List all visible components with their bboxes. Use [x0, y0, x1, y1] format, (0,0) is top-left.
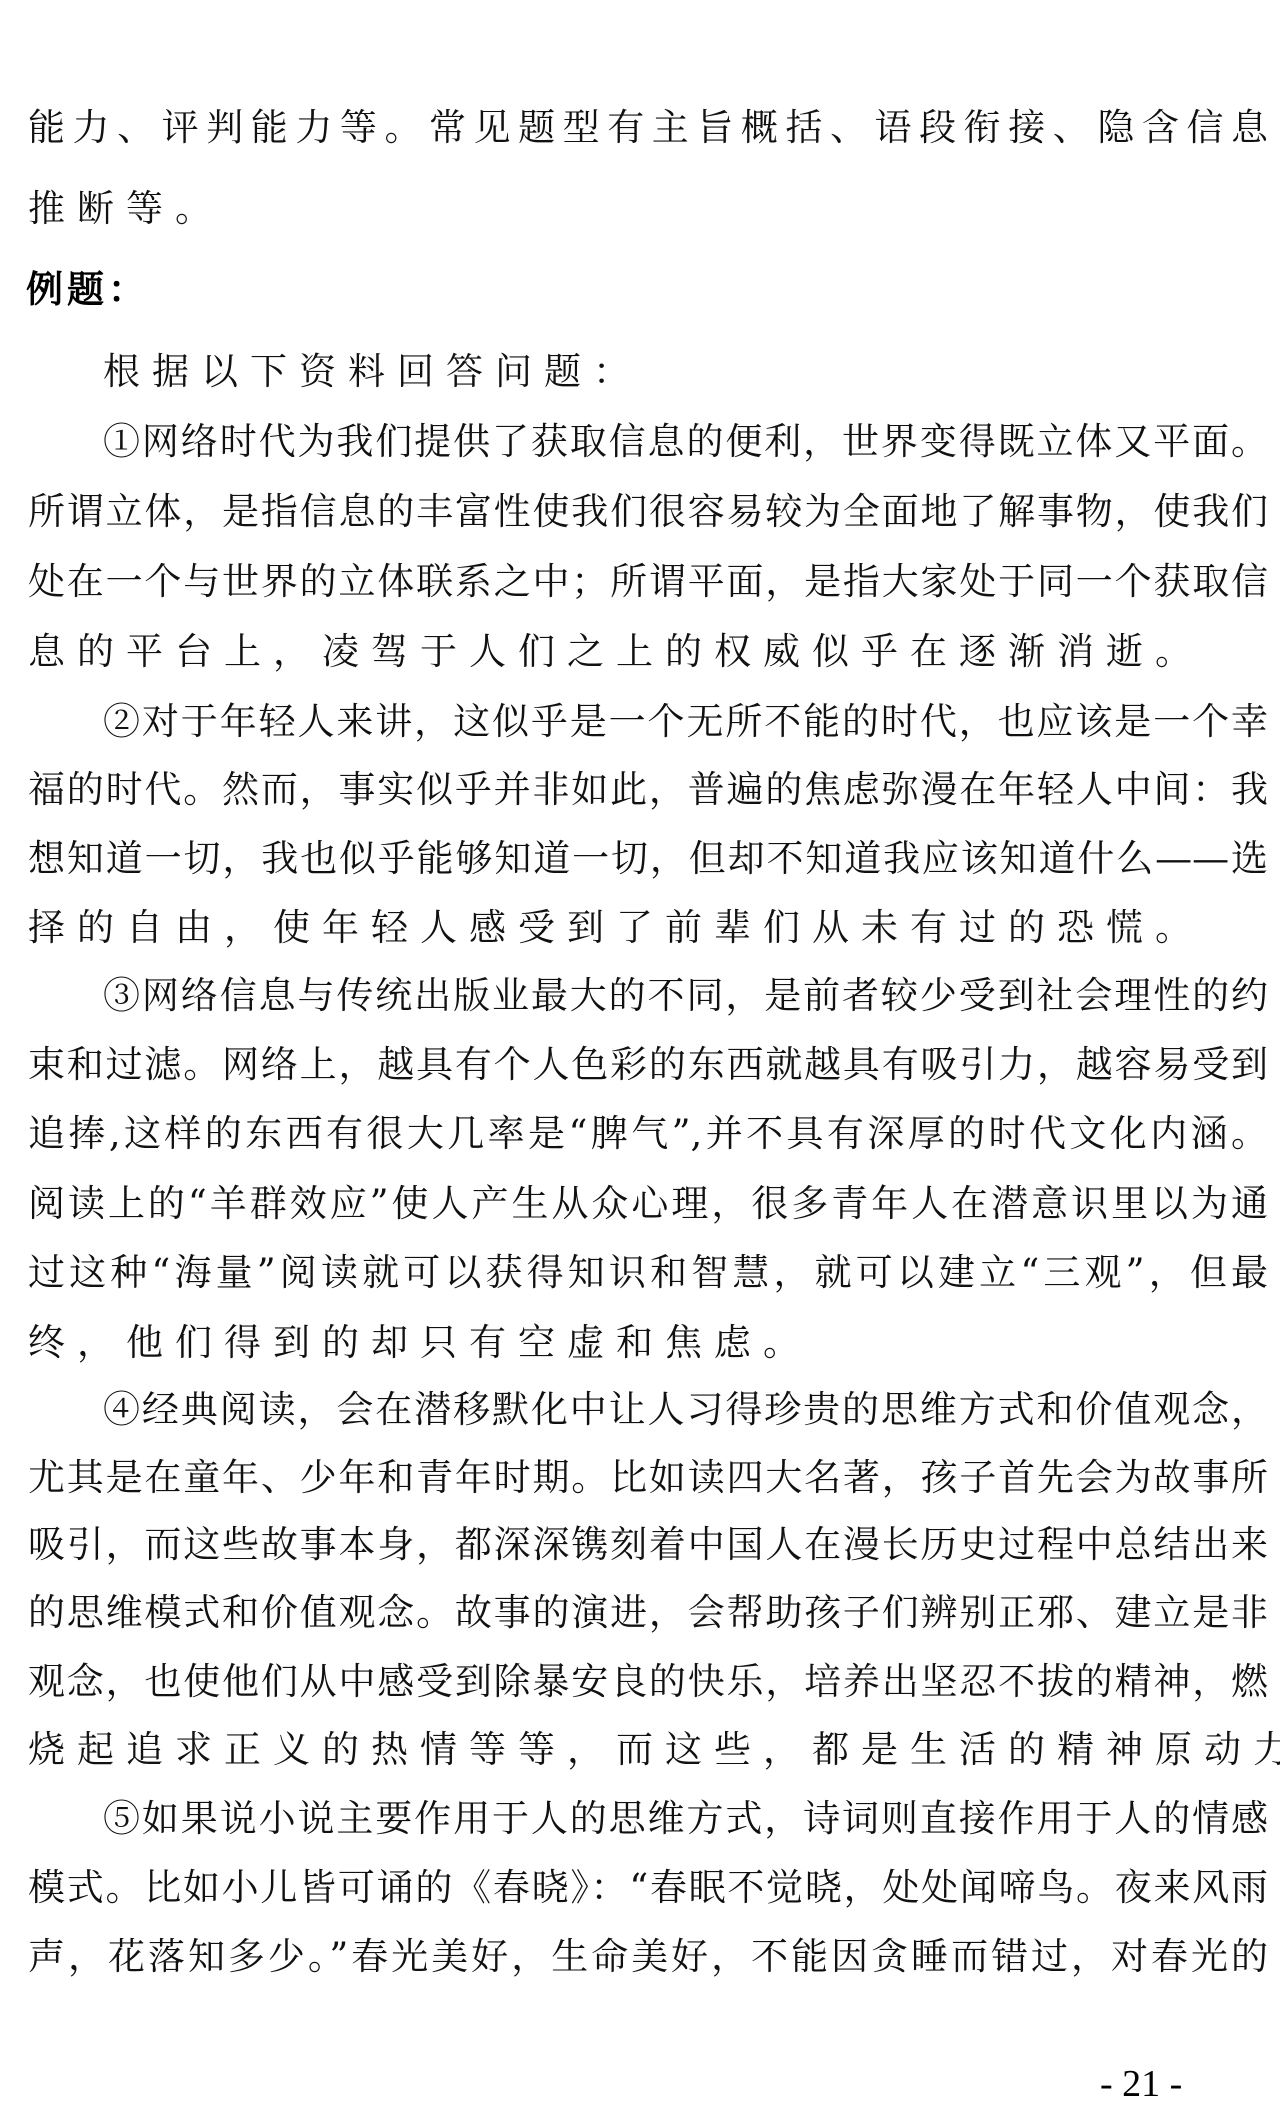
paragraph-5-line: ⑤如果说小说主要作用于人的思维方式，诗词则直接作用于人的情感	[103, 1795, 1268, 1843]
paragraph-2-line: ②对于年轻人来讲，这似乎是一个无所不能的时代，也应该是一个幸	[103, 698, 1268, 746]
example-heading: 例题：	[26, 266, 149, 314]
page-number: - 21 -	[1100, 2062, 1182, 2106]
paragraph-1-line: 息的平台上，凌驾于人们之上的权威似乎在逐渐消逝。	[28, 628, 1268, 676]
paragraph-4-line: 烧起追求正义的热情等等，而这些，都是生活的精神原动力。	[28, 1726, 1268, 1774]
intro-line: 推断等。	[28, 185, 1268, 233]
paragraph-3-line: 束和过滤。网络上，越具有个人色彩的东西就越具有吸引力，越容易受到	[28, 1041, 1268, 1089]
paragraph-1-line: ①网络时代为我们提供了获取信息的便利，世界变得既立体又平面。	[103, 418, 1268, 466]
paragraph-4-line: 尤其是在童年、少年和青年时期。比如读四大名著，孩子首先会为故事所	[28, 1454, 1268, 1502]
document-page: 能力、评判能力等。常见题型有主旨概括、语段衔接、隐含信息 推断等。 例题： 根据…	[0, 0, 1280, 2113]
paragraph-1-line: 处在一个与世界的立体联系之中；所谓平面，是指大家处于同一个获取信	[28, 558, 1268, 606]
paragraph-2-line: 福的时代。然而，事实似乎并非如此，普遍的焦虑弥漫在年轻人中间：我	[28, 766, 1268, 814]
paragraph-5-line: 模式。比如小儿皆可诵的《春晓》：“春眠不觉晓，处处闻啼鸟。夜来风雨	[28, 1864, 1268, 1912]
paragraph-3-line: 终，他们得到的却只有空虚和焦虑。	[28, 1319, 1268, 1367]
paragraph-1-line: 所谓立体，是指信息的丰富性使我们很容易较为全面地了解事物，使我们	[28, 488, 1268, 536]
paragraph-4-line: 吸引，而这些故事本身，都深深镌刻着中国人在漫长历史过程中总结出来	[28, 1521, 1268, 1569]
intro-line: 能力、评判能力等。常见题型有主旨概括、语段衔接、隐含信息	[28, 104, 1268, 152]
paragraph-3-line: 追捧,这样的东西有很大几率是“脾气”,并不具有深厚的时代文化内涵。	[28, 1110, 1268, 1158]
paragraph-4-line: ④经典阅读，会在潜移默化中让人习得珍贵的思维方式和价值观念，	[103, 1386, 1268, 1434]
instruction-text: 根据以下资料回答问题：	[103, 348, 1268, 396]
paragraph-2-line: 择的自由，使年轻人感受到了前辈们从未有过的恐慌。	[28, 904, 1268, 952]
paragraph-3-line: ③网络信息与传统出版业最大的不同，是前者较少受到社会理性的约	[103, 972, 1268, 1020]
paragraph-4-line: 观念，也使他们从中感受到除暴安良的快乐，培养出坚忍不拔的精神，燃	[28, 1658, 1268, 1706]
paragraph-3-line: 阅读上的“羊群效应”使人产生从众心理，很多青年人在潜意识里以为通	[28, 1180, 1268, 1228]
paragraph-2-line: 想知道一切，我也似乎能够知道一切，但却不知道我应该知道什么——选	[28, 835, 1268, 883]
paragraph-3-line: 过这种“海量”阅读就可以获得知识和智慧，就可以建立“三观”，但最	[28, 1249, 1268, 1297]
paragraph-4-line: 的思维模式和价值观念。故事的演进，会帮助孩子们辨别正邪、建立是非	[28, 1589, 1268, 1637]
paragraph-5-line: 声，花落知多少。”春光美好，生命美好，不能因贪睡而错过，对春光的	[28, 1933, 1268, 1981]
